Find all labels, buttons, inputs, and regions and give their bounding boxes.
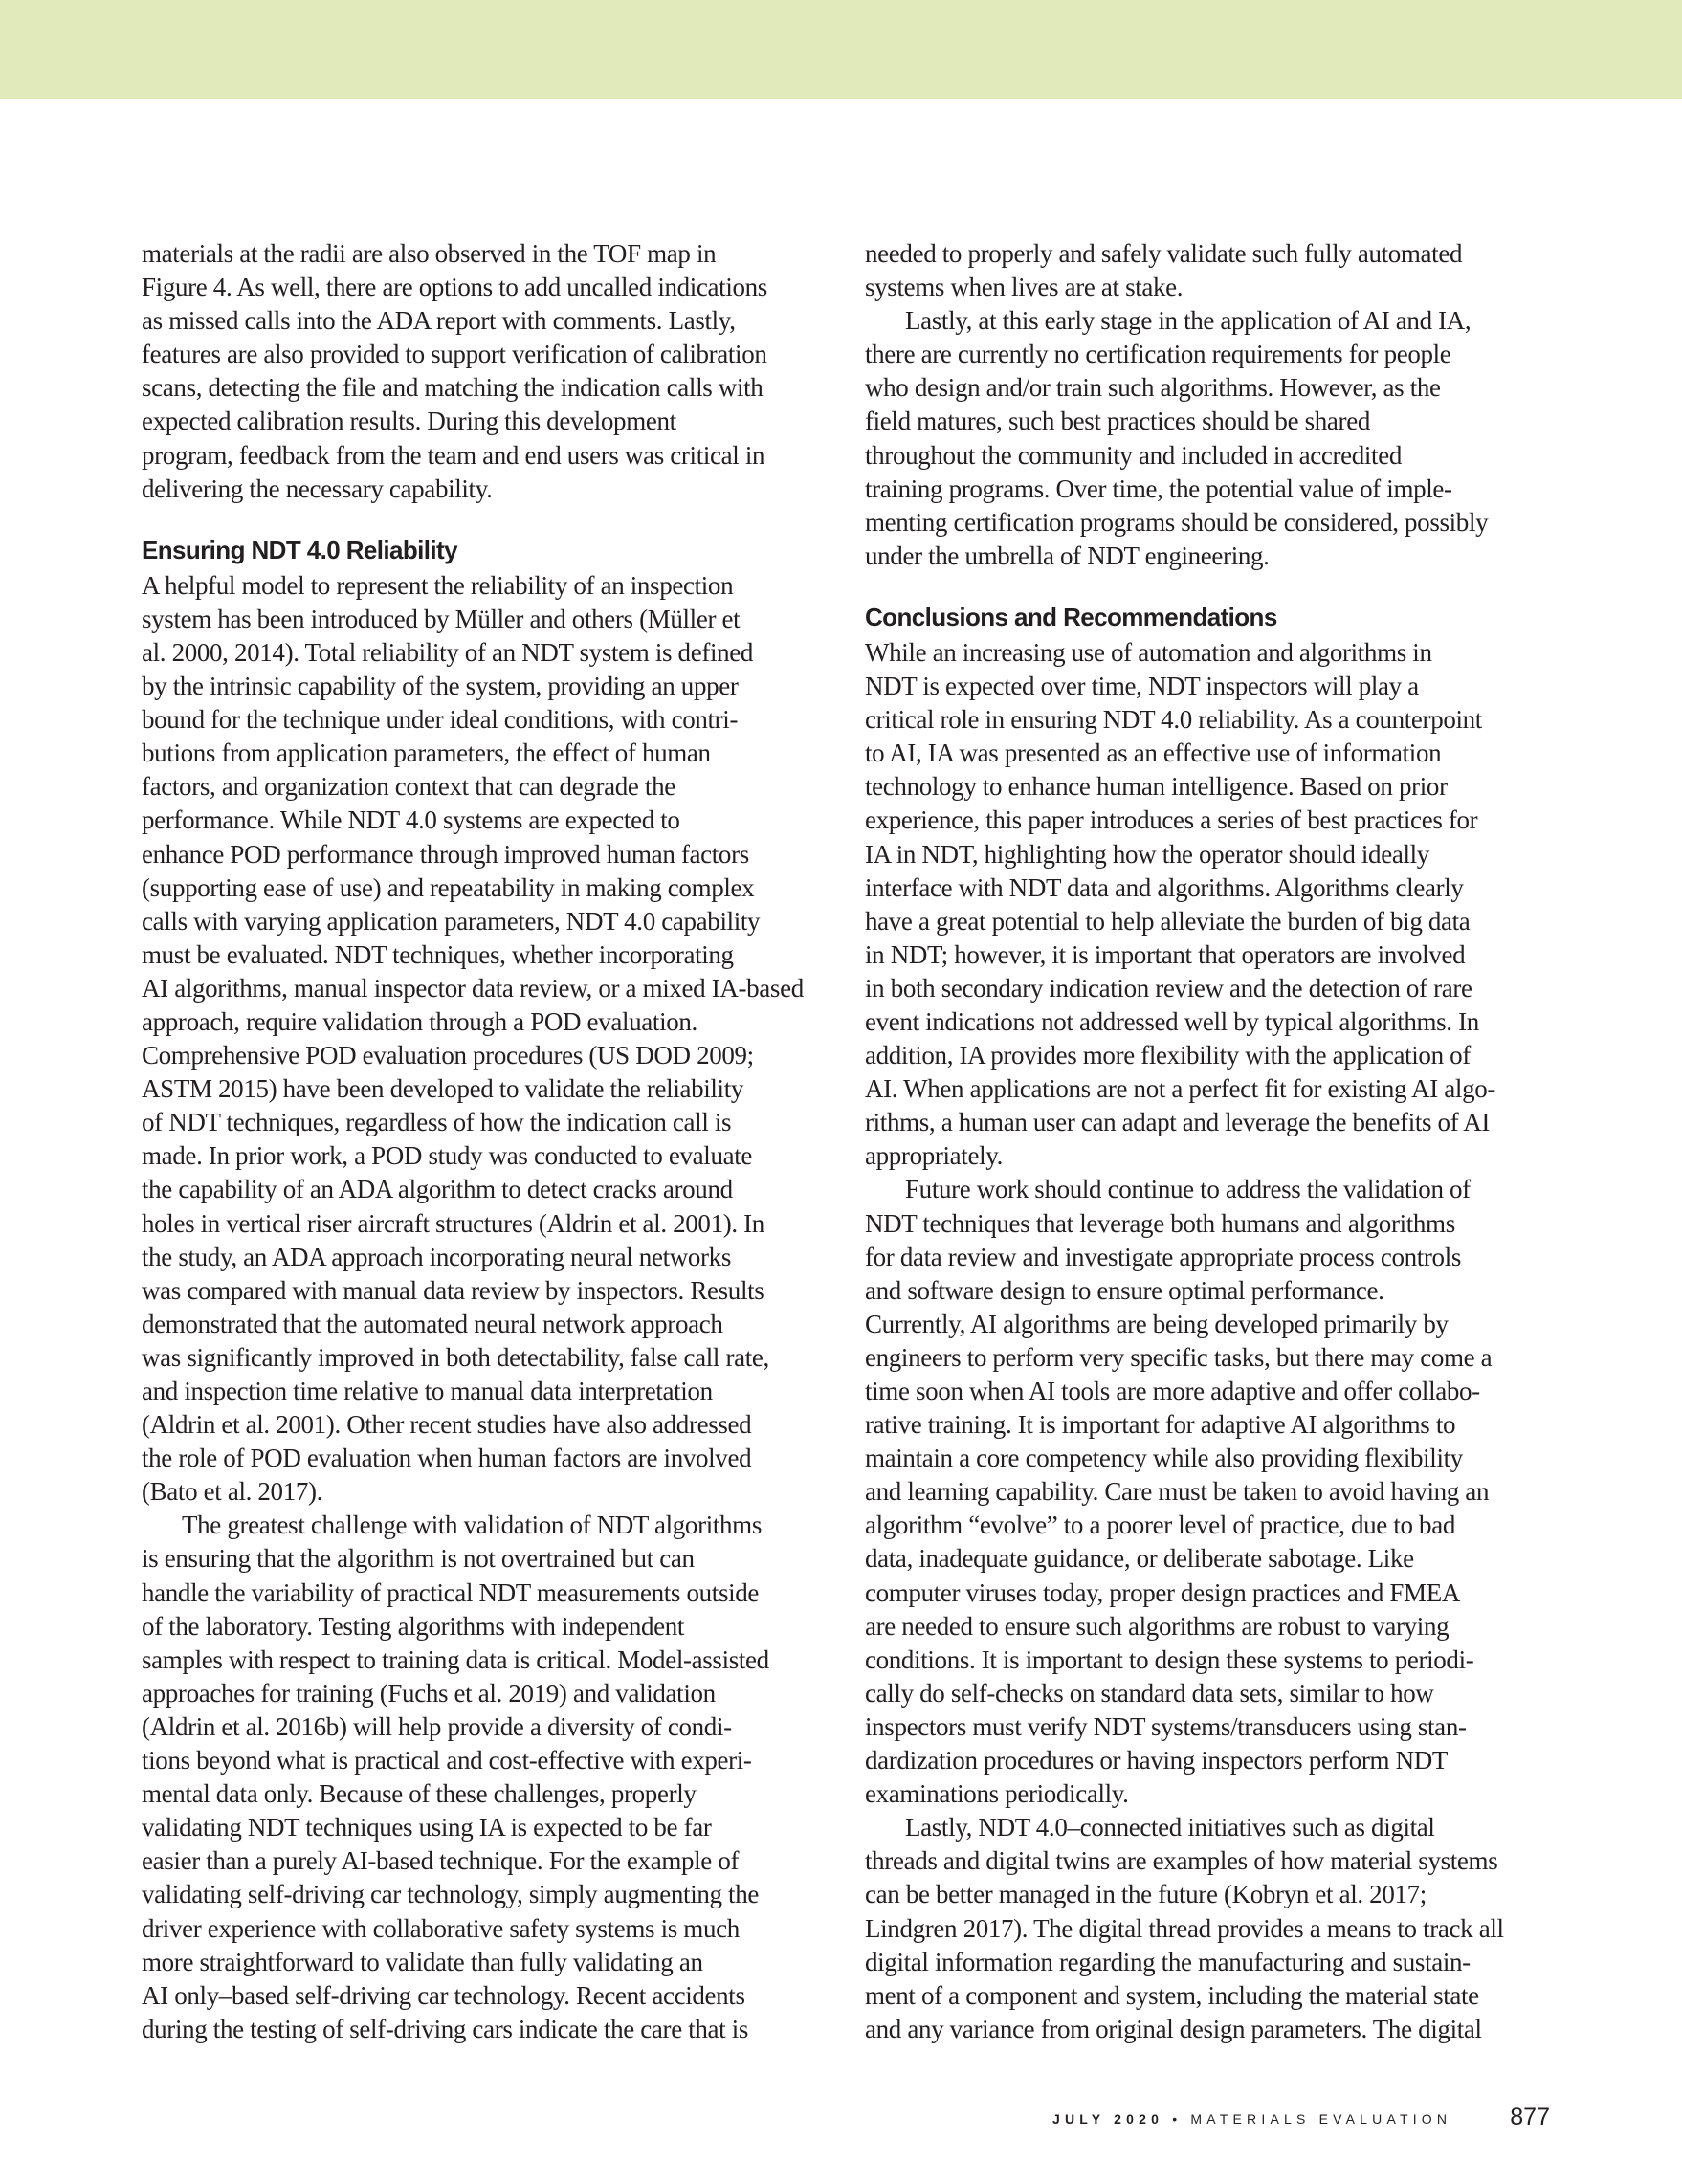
page-number: 877 [1510,2104,1550,2131]
text-line: and software design to ensure optimal pe… [865,1274,1550,1308]
text-line: is ensuring that the algorithm is not ov… [142,1542,827,1576]
text-line: and learning capability. Care must be ta… [865,1475,1550,1509]
text-line: data, inadequate guidance, or deliberate… [865,1542,1550,1576]
text-line: AI. When applications are not a perfect … [865,1072,1550,1106]
text-line: conditions. It is important to design th… [865,1644,1550,1677]
paragraph: Lastly, NDT 4.0–connected initiatives su… [865,1811,1550,2046]
text-line: addition, IA provides more flexibility w… [865,1039,1550,1072]
text-line: scans, detecting the file and matching t… [142,371,827,405]
separator-bullet: • [1172,2111,1182,2127]
text-line: factors, and organization context that c… [142,770,827,804]
text-line: systems when lives are at stake. [865,271,1550,304]
text-line: expected calibration results. During thi… [142,405,827,438]
text-line: maintain a core competency while also pr… [865,1442,1550,1475]
text-line: digital information regarding the manufa… [865,1946,1550,1979]
text-line: validating self-driving car technology, … [142,1878,827,1911]
paragraph: The greatest challenge with validation o… [142,1509,827,2046]
text-line: under the umbrella of NDT engineering. [865,540,1550,573]
text-line: enhance POD performance through improved… [142,838,827,871]
text-line: While an increasing use of automation an… [865,636,1550,670]
text-line: must be evaluated. NDT techniques, wheth… [142,938,827,972]
text-line: during the testing of self-driving cars … [142,2013,827,2046]
text-line: al. 2000, 2014). Total reliability of an… [142,636,827,670]
text-line: the role of POD evaluation when human fa… [142,1442,827,1475]
text-line: experience, this paper introduces a seri… [865,804,1550,837]
text-line: can be better managed in the future (Kob… [865,1878,1550,1911]
text-line: interface with NDT data and algorithms. … [865,871,1550,905]
text-line: AI algorithms, manual inspector data rev… [142,972,827,1005]
text-line: engineers to perform very specific tasks… [865,1341,1550,1375]
text-line: and any variance from original design pa… [865,2013,1550,2046]
text-line: NDT is expected over time, NDT inspector… [865,670,1550,703]
text-line: the capability of an ADA algorithm to de… [142,1173,827,1206]
text-line: holes in vertical riser aircraft structu… [142,1207,827,1241]
running-footer: JULY 2020 • MATERIALS EVALUATION [1052,2111,1451,2127]
text-line: Comprehensive POD evaluation procedures … [142,1039,827,1072]
text-line: menting certification programs should be… [865,506,1550,540]
text-line: handle the variability of practical NDT … [142,1577,827,1610]
text-line: program, feedback from the team and end … [142,439,827,473]
text-line: NDT techniques that leverage both humans… [865,1207,1550,1241]
text-line: there are currently no certification req… [865,338,1550,371]
issue-date: JULY 2020 [1052,2111,1163,2127]
text-line: (Aldrin et al. 2001). Other recent studi… [142,1408,827,1442]
text-line: time soon when AI tools are more adaptiv… [865,1375,1550,1408]
text-line: Lastly, NDT 4.0–connected initiatives su… [865,1811,1550,1844]
text-line: delivering the necessary capability. [142,473,827,506]
text-line: performance. While NDT 4.0 systems are e… [142,804,827,837]
paragraph: materials at the radii are also observed… [142,237,827,506]
text-line: materials at the radii are also observed… [142,237,827,271]
paragraph: needed to properly and safely validate s… [865,237,1550,304]
text-line: made. In prior work, a POD study was con… [142,1139,827,1173]
text-line: in NDT; however, it is important that op… [865,938,1550,972]
text-line: mental data only. Because of these chall… [142,1777,827,1811]
text-line: the study, an ADA approach incorporating… [142,1241,827,1274]
right-column: needed to properly and safely validate s… [865,237,1550,2046]
text-line: The greatest challenge with validation o… [142,1509,827,1542]
text-line: are needed to ensure such algorithms are… [865,1610,1550,1644]
text-line: IA in NDT, highlighting how the operator… [865,838,1550,871]
paragraph: While an increasing use of automation an… [865,636,1550,1174]
text-line: have a great potential to help alleviate… [865,905,1550,938]
text-line: appropriately. [865,1139,1550,1173]
text-line: easier than a purely AI-based technique.… [142,1844,827,1878]
text-line: A helpful model to represent the reliabi… [142,569,827,603]
text-line: AI only–based self-driving car technolog… [142,1979,827,2013]
text-line: dardization procedures or having inspect… [865,1744,1550,1777]
text-line: demonstrated that the automated neural n… [142,1308,827,1341]
section-heading: Ensuring NDT 4.0 Reliability [142,534,827,569]
text-line: who design and/or train such algorithms.… [865,371,1550,405]
text-line: field matures, such best practices shoul… [865,405,1550,438]
text-line: was significantly improved in both detec… [142,1341,827,1375]
text-line: approach, require validation through a P… [142,1005,827,1039]
text-line: butions from application parameters, the… [142,737,827,770]
text-line: Lindgren 2017). The digital thread provi… [865,1912,1550,1946]
text-line: system has been introduced by Müller and… [142,603,827,636]
text-line: of the laboratory. Testing algorithms wi… [142,1610,827,1644]
text-line: threads and digital twins are examples o… [865,1844,1550,1878]
text-line: critical role in ensuring NDT 4.0 reliab… [865,703,1550,737]
text-line: approaches for training (Fuchs et al. 20… [142,1677,827,1710]
paragraph: Future work should continue to address t… [865,1173,1550,1811]
text-line: tions beyond what is practical and cost-… [142,1744,827,1777]
text-line: (supporting ease of use) and repeatabili… [142,871,827,905]
text-line: for data review and investigate appropri… [865,1241,1550,1274]
text-line: cally do self-checks on standard data se… [865,1677,1550,1710]
text-line: needed to properly and safely validate s… [865,237,1550,271]
text-line: computer viruses today, proper design pr… [865,1577,1550,1610]
text-line: Lastly, at this early stage in the appli… [865,304,1550,338]
text-line: examinations periodically. [865,1777,1550,1811]
text-line: Future work should continue to address t… [865,1173,1550,1206]
text-line: validating NDT techniques using IA is ex… [142,1811,827,1844]
text-line: Currently, AI algorithms are being devel… [865,1308,1550,1341]
text-line: of NDT techniques, regardless of how the… [142,1106,827,1139]
text-line: throughout the community and included in… [865,439,1550,473]
text-line: ASTM 2015) have been developed to valida… [142,1072,827,1106]
publication-name: MATERIALS EVALUATION [1190,2111,1451,2127]
text-line: training programs. Over time, the potent… [865,473,1550,506]
text-line: to AI, IA was presented as an effective … [865,737,1550,770]
text-line: inspectors must verify NDT systems/trans… [865,1710,1550,1744]
section-heading: Conclusions and Recommendations [865,601,1550,636]
paragraph: Lastly, at this early stage in the appli… [865,304,1550,573]
text-line: Figure 4. As well, there are options to … [142,271,827,304]
text-line: by the intrinsic capability of the syste… [142,670,827,703]
text-line: bound for the technique under ideal cond… [142,703,827,737]
paragraph: A helpful model to represent the reliabi… [142,569,827,1510]
text-line: (Aldrin et al. 2016b) will help provide … [142,1710,827,1744]
text-line: algorithm “evolve” to a poorer level of … [865,1509,1550,1542]
text-line: features are also provided to support ve… [142,338,827,371]
text-line: technology to enhance human intelligence… [865,770,1550,804]
text-line: calls with varying application parameter… [142,905,827,938]
text-line: ment of a component and system, includin… [865,1979,1550,2013]
text-line: samples with respect to training data is… [142,1644,827,1677]
text-line: more straightforward to validate than fu… [142,1946,827,1979]
text-line: and inspection time relative to manual d… [142,1375,827,1408]
header-color-band [0,0,1682,99]
text-line: in both secondary indication review and … [865,972,1550,1005]
text-line: rative training. It is important for ada… [865,1408,1550,1442]
page-footer: JULY 2020 • MATERIALS EVALUATION 877 [1052,2104,1550,2136]
text-line: event indications not addressed well by … [865,1005,1550,1039]
text-line: was compared with manual data review by … [142,1274,827,1308]
text-line: driver experience with collaborative saf… [142,1912,827,1946]
left-column: materials at the radii are also observed… [142,237,827,2046]
text-line: rithms, a human user can adapt and lever… [865,1106,1550,1139]
text-line: as missed calls into the ADA report with… [142,304,827,338]
text-line: (Bato et al. 2017). [142,1475,827,1509]
